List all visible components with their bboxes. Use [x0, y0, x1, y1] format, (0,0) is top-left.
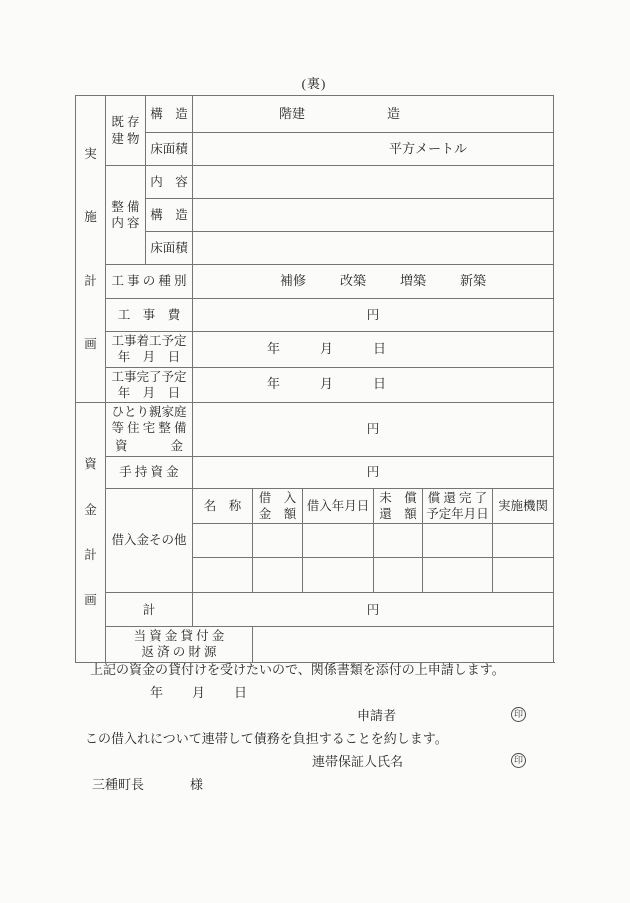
col-header-loan-date: 借入年月日	[303, 488, 374, 524]
section-char: 画	[84, 336, 97, 352]
work-type-option: 新築	[460, 273, 486, 290]
borrowings-label: 借入金その他	[106, 488, 193, 593]
addressee: 三種町長	[92, 774, 144, 793]
work-end-label: 工事完了予定 年 月 日	[106, 367, 193, 403]
guarantor-label: 連帯保証人氏名	[312, 751, 403, 770]
borrowing-outstanding-field	[374, 558, 423, 593]
section-char: 金	[84, 502, 97, 518]
col-header-outstanding: 未 償 還 額	[374, 488, 423, 524]
section-funding-plan: 資 金 計 画	[76, 403, 106, 663]
section-char: 画	[84, 592, 97, 608]
honorific: 様	[190, 774, 203, 793]
structure-suffix: 造	[387, 106, 400, 123]
borrowing-agency-field	[493, 524, 554, 558]
borrowing-name-field	[193, 558, 253, 593]
section-char: 計	[84, 273, 97, 289]
page-title: (裏)	[75, 73, 553, 92]
maintenance-structure-field	[193, 199, 554, 232]
work-cost-label: 工 事 費	[106, 299, 193, 332]
col-header-name: 名 称	[193, 488, 253, 524]
section-char: 実	[84, 146, 97, 162]
borrowing-amount-field	[253, 524, 303, 558]
own-fund-label: 手 持 資 金	[106, 456, 193, 488]
own-fund-field: 円	[193, 456, 554, 488]
col-header-agency: 実施機関	[493, 488, 554, 524]
work-type-option: 改築	[340, 273, 366, 290]
footer-text-block: 上記の資金の貸付けを受けたいので、関係書類を添付の上申請します。 年 月 日 申…	[0, 657, 630, 795]
borrowing-name-field	[193, 524, 253, 558]
application-form-table: 実 施 計 画 既 存 建 物 構 造 階建 造 床面積	[75, 95, 554, 663]
work-start-label: 工事着工予定 年 月 日	[106, 332, 193, 368]
application-statement: 上記の資金の貸付けを受けたいので、関係書類を添付の上申請します。	[0, 657, 630, 680]
work-type-label: 工 事 の 種 別	[106, 265, 193, 299]
section-char: 計	[84, 547, 97, 563]
guarantor-line: 連帯保証人氏名 印	[0, 749, 630, 772]
content-label: 内 容	[146, 166, 193, 199]
joint-liability-statement: この借入れについて連帯して債務を負担することを約します。	[0, 726, 630, 749]
applicant-line: 申請者 印	[0, 703, 630, 726]
maintenance-label: 整 備 内 容	[106, 166, 146, 265]
structure-label: 構 造	[146, 199, 193, 232]
section-implementation-plan: 実 施 計 画	[76, 96, 106, 403]
maintenance-content-field	[193, 166, 554, 199]
parent-fund-field: 円	[193, 403, 554, 457]
floor-area-label: 床面積	[146, 232, 193, 265]
borrowing-agency-field	[493, 558, 554, 593]
applicant-seal-icon: 印	[511, 707, 526, 722]
guarantor-seal-icon: 印	[511, 753, 526, 768]
structure-label: 構 造	[146, 96, 193, 133]
borrowing-amount-field	[253, 558, 303, 593]
total-field: 円	[193, 593, 554, 627]
existing-building-label: 既 存 建 物	[106, 96, 146, 166]
work-end-date-field: 年 月 日	[193, 367, 554, 403]
borrowing-date-field	[303, 558, 374, 593]
borrowing-date-field	[303, 524, 374, 558]
applicant-label: 申請者	[357, 705, 396, 724]
col-header-loan-amount: 借 入 金 額	[253, 488, 303, 524]
sqm-unit: 平方メートル	[389, 141, 467, 158]
floor-area-label: 床面積	[146, 133, 193, 166]
work-type-options: 補修 改築 増築 新築	[193, 265, 554, 299]
maintenance-floor-area-field	[193, 232, 554, 265]
work-type-option: 増築	[400, 273, 426, 290]
document-page: (裏) 実 施 計 画 既 存 建 物 構 造	[0, 0, 630, 903]
borrowing-outstanding-field	[374, 524, 423, 558]
borrowing-repay-date-field	[423, 524, 493, 558]
addressee-line: 三種町長 様	[0, 772, 630, 795]
total-label: 計	[106, 593, 193, 627]
work-start-date-field: 年 月 日	[193, 332, 554, 368]
borrowing-repay-date-field	[423, 558, 493, 593]
section-char: 資	[84, 456, 97, 472]
date-line: 年 月 日	[0, 680, 630, 703]
col-header-repay-complete: 償 還 完 了 予定年月日	[423, 488, 493, 524]
section-char: 施	[84, 209, 97, 225]
existing-structure-field: 階建 造	[193, 96, 554, 133]
floors-suffix: 階建	[279, 106, 305, 123]
work-cost-field: 円	[193, 299, 554, 332]
parent-fund-label: ひとり親家庭 等 住 宅 整 備 資 金	[106, 403, 193, 457]
work-type-option: 補修	[280, 273, 306, 290]
existing-floor-area-field: 平方メートル	[193, 133, 554, 166]
